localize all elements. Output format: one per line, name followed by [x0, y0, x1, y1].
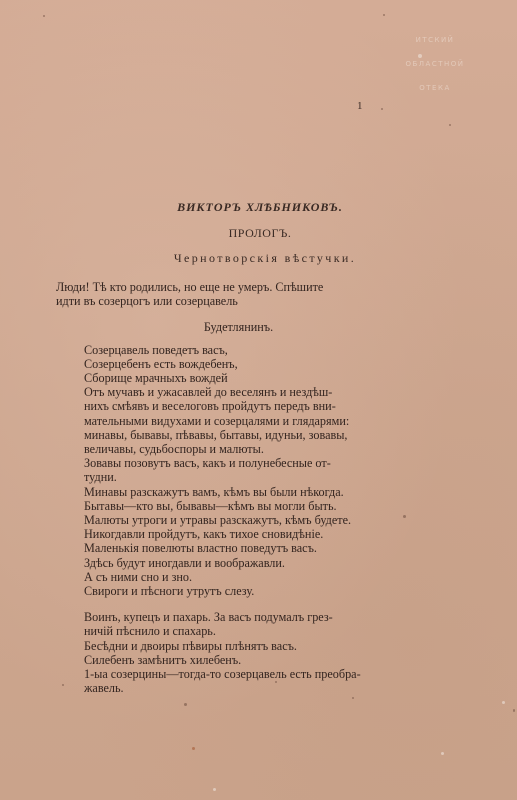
verse-line: ничій пѣснило и спахарь. [84, 624, 396, 638]
verse-line: Силебенъ замѣнитъ хилебенъ. [84, 653, 396, 667]
paper-speck [441, 752, 444, 755]
verse-line: Бытавы—кто вы, бывавы—кѣмъ вы могли быть… [84, 499, 396, 513]
paper-speck [381, 108, 383, 110]
paper-speck [502, 701, 505, 704]
subtitle: Чернотворскія вѣстучки. [130, 251, 400, 266]
verse-line: величавы, судьбоспоры и малюты. [84, 442, 396, 456]
paper-speck [184, 703, 187, 706]
page-number: 1 [357, 100, 363, 112]
library-stamp: ИТСКИЙ ОБЛАСТНОЙ ОТЕКА [375, 28, 495, 100]
verse-line: Сборище мрачныхъ вождей [84, 371, 396, 385]
text-line: Люди! Тѣ кто родились, но еще не умеръ. … [56, 280, 396, 294]
verse-line: Созерцебенъ есть вождебенъ, [84, 357, 396, 371]
author-heading: ВИКТОРЪ ХЛѢБНИКОВЪ. [140, 200, 380, 215]
verse-line: Никогдавли пройдутъ, какъ тихое сновидѣн… [84, 527, 396, 541]
verse-line: Воинъ, купецъ и пахарь. За васъ подумалъ… [84, 610, 396, 624]
verse-line: Маленькія повелюты властно поведутъ васъ… [84, 541, 396, 555]
verse-line: Минавы разскажутъ вамъ, кѣмъ вы были нѣк… [84, 485, 396, 499]
paper-speck [403, 515, 406, 518]
stamp-line: ОТЕКА [375, 76, 495, 100]
text-body: Люди! Тѣ кто родились, но еще не умеръ. … [56, 280, 396, 695]
verse-line: Здѣсь будут иногдавли и воображавли. [84, 556, 396, 570]
verse-line: мательными видухами и созерцалями и гляд… [84, 414, 396, 428]
paper-speck [192, 747, 195, 750]
verse-line: Малюты утроги и утравы разскажутъ, кѣмъ … [84, 513, 396, 527]
verse-line: Зовавы позовутъ васъ, какъ и полунебесны… [84, 456, 396, 470]
paper-speck [352, 697, 354, 699]
intro-paragraph: Люди! Тѣ кто родились, но еще не умеръ. … [56, 280, 396, 308]
verse-line: жавель. [84, 681, 396, 695]
verse-line: Созерцавель поведетъ васъ, [84, 343, 396, 357]
paper-speck [43, 15, 45, 17]
stanza-1: Созерцавель поведетъ васъ, Созерцебенъ е… [56, 343, 396, 599]
book-page: ИТСКИЙ ОБЛАСТНОЙ ОТЕКА 1 ВИКТОРЪ ХЛѢБНИК… [0, 0, 517, 800]
verse-line: Бесѣдни и двоиры пѣвиры плѣнятъ васъ. [84, 639, 396, 653]
paper-speck [213, 788, 216, 791]
stamp-line: ИТСКИЙ [375, 28, 495, 52]
verse-line: Отъ мучавъ и ужасавлей до веселянъ и нез… [84, 385, 396, 399]
paper-speck [513, 709, 515, 712]
verse-line: А съ ними сно и зно. [84, 570, 396, 584]
stanza-2: Воинъ, купецъ и пахарь. За васъ подумалъ… [56, 610, 396, 695]
text-line: идти въ созерцогъ или созерцавель [56, 294, 396, 308]
paper-speck [383, 14, 385, 16]
verse-line: Свироги и пѣсноги утрутъ слезу. [84, 584, 396, 598]
paper-speck [449, 124, 451, 126]
verse-line: минавы, бывавы, пѣвавы, бытавы, идуньи, … [84, 428, 396, 442]
speaker-name: Будетлянинъ. [56, 320, 396, 334]
verse-line: тудни. [84, 470, 396, 484]
verse-line: нихъ смѣявъ и веселоговъ пройдутъ передъ… [84, 399, 396, 413]
stamp-line: ОБЛАСТНОЙ [375, 52, 495, 76]
verse-line: 1-ыа созерцины—тогда-то созерцавель есть… [84, 667, 396, 681]
section-title: ПРОЛОГЪ. [140, 226, 380, 241]
